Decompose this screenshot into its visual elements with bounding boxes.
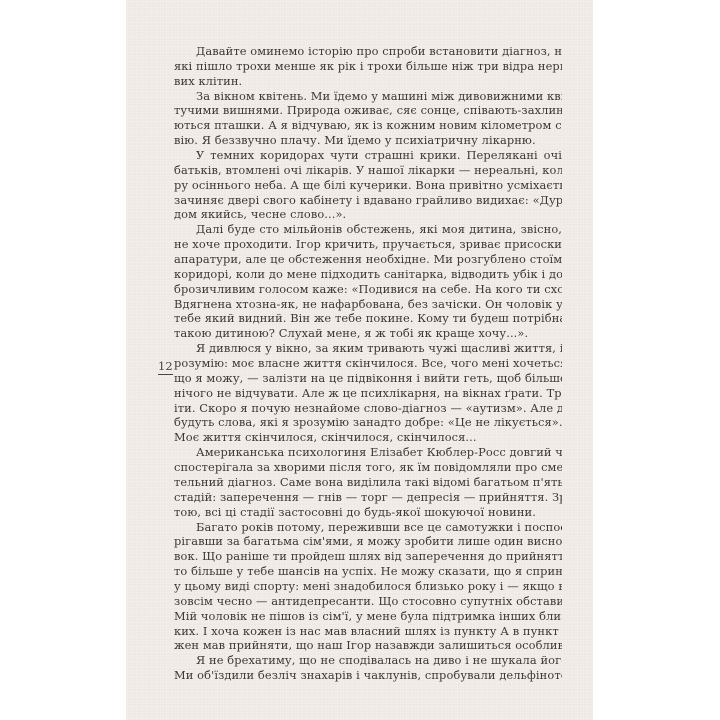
text-line: розумію: моє власне життя скінчилося. Вс… [174, 356, 562, 371]
text-line: зачиняє двері свого кабінету і вдавано г… [174, 193, 562, 208]
text-line: нічого не відчувати. Але ж це психлікарн… [174, 386, 562, 401]
text-line: що я можу, — залізти на це підвіконня і … [174, 371, 562, 386]
text-line: ру осіннього неба. А ще білі кучерики. В… [174, 178, 562, 193]
text-line: стадій: заперечення — гнів — торг — депр… [174, 490, 562, 505]
text-line: тою, всі ці стадії застосовні до будь-як… [174, 505, 562, 520]
text-line: спостерігала за хворими після того, як ї… [174, 460, 562, 475]
text-line: Мій чоловік не пішов із сім'ї, у мене бу… [174, 609, 562, 624]
text-line: Ми об'їздили безліч знахарів і чаклунів,… [174, 668, 562, 683]
text-line: рігавши за багатьма сім'ями, я можу зроб… [174, 534, 562, 549]
text-line: вок. Що раніше ти пройдеш шлях від запер… [174, 549, 562, 564]
text-line: то більше у тебе шансів на успіх. Не мож… [174, 564, 562, 579]
text-line: апаратури, але це обстеження необхідне. … [174, 252, 562, 267]
page-number: 12 [158, 360, 173, 375]
text-line: дом якийсь, чесне слово...». [174, 207, 562, 222]
text-line: вих клітин. [174, 74, 562, 89]
text-line: жен мав прийняти, що наш Ігор назавжди з… [174, 638, 562, 653]
text-line: Моє життя скінчилося, скінчилося, скінчи… [174, 430, 562, 445]
text-line: Я не брехатиму, що не сподівалась на див… [174, 653, 562, 668]
body-text: Давайте оминемо історію про спроби встан… [174, 44, 562, 683]
text-line: Багато років потому, переживши все це са… [174, 520, 562, 535]
text-line: не хоче проходити. Ігор кричить, пручаєт… [174, 237, 562, 252]
text-line: За вікном квітень. Ми їдемо у машині між… [174, 89, 562, 104]
text-line: які пішло трохи менше як рік і трохи біл… [174, 59, 562, 74]
text-line: тучими вишнями. Природа оживає, сяє сонц… [174, 103, 562, 118]
text-line: батьків, втомлені очі лікарів. У нашої л… [174, 163, 562, 178]
text-line: ються пташки. А я відчуваю, як із кожним… [174, 118, 562, 133]
text-line: такою дитиною? Слухай мене, я ж тобі як … [174, 326, 562, 341]
text-line: Я дивлюся у вікно, за яким тривають чужі… [174, 341, 562, 356]
text-line: брозичливим голосом каже: «Подивися на с… [174, 282, 562, 297]
text-line: зовсім чесно — антидепресанти. Що стосов… [174, 594, 562, 609]
text-line: у цьому виді спорту: мені знадобилося бл… [174, 579, 562, 594]
text-line: тельний діагноз. Саме вона виділила такі… [174, 475, 562, 490]
text-line: коридорі, коли до мене підходить санітар… [174, 267, 562, 282]
text-line: іти. Скоро я почую незнайоме слово-діагн… [174, 401, 562, 416]
text-line: Далі буде сто мільйонів обстежень, які м… [174, 222, 562, 237]
text-line: вію. Я беззвучно плачу. Ми їдемо у психі… [174, 133, 562, 148]
text-line: Американська психологиня Елізабет Кюблер… [174, 445, 562, 460]
text-line: тебе який видний. Він же тебе покине. Ко… [174, 311, 562, 326]
text-line: будуть слова, які я зрозумію занадто доб… [174, 415, 562, 430]
text-line: У темних коридорах чути страшні крики. П… [174, 148, 562, 163]
text-line: Вдягнена хтозна-як, не нафарбована, без … [174, 297, 562, 312]
text-line: Давайте оминемо історію про спроби встан… [174, 44, 562, 59]
text-line: ких. І хоча кожен із нас мав власний шля… [174, 624, 562, 639]
